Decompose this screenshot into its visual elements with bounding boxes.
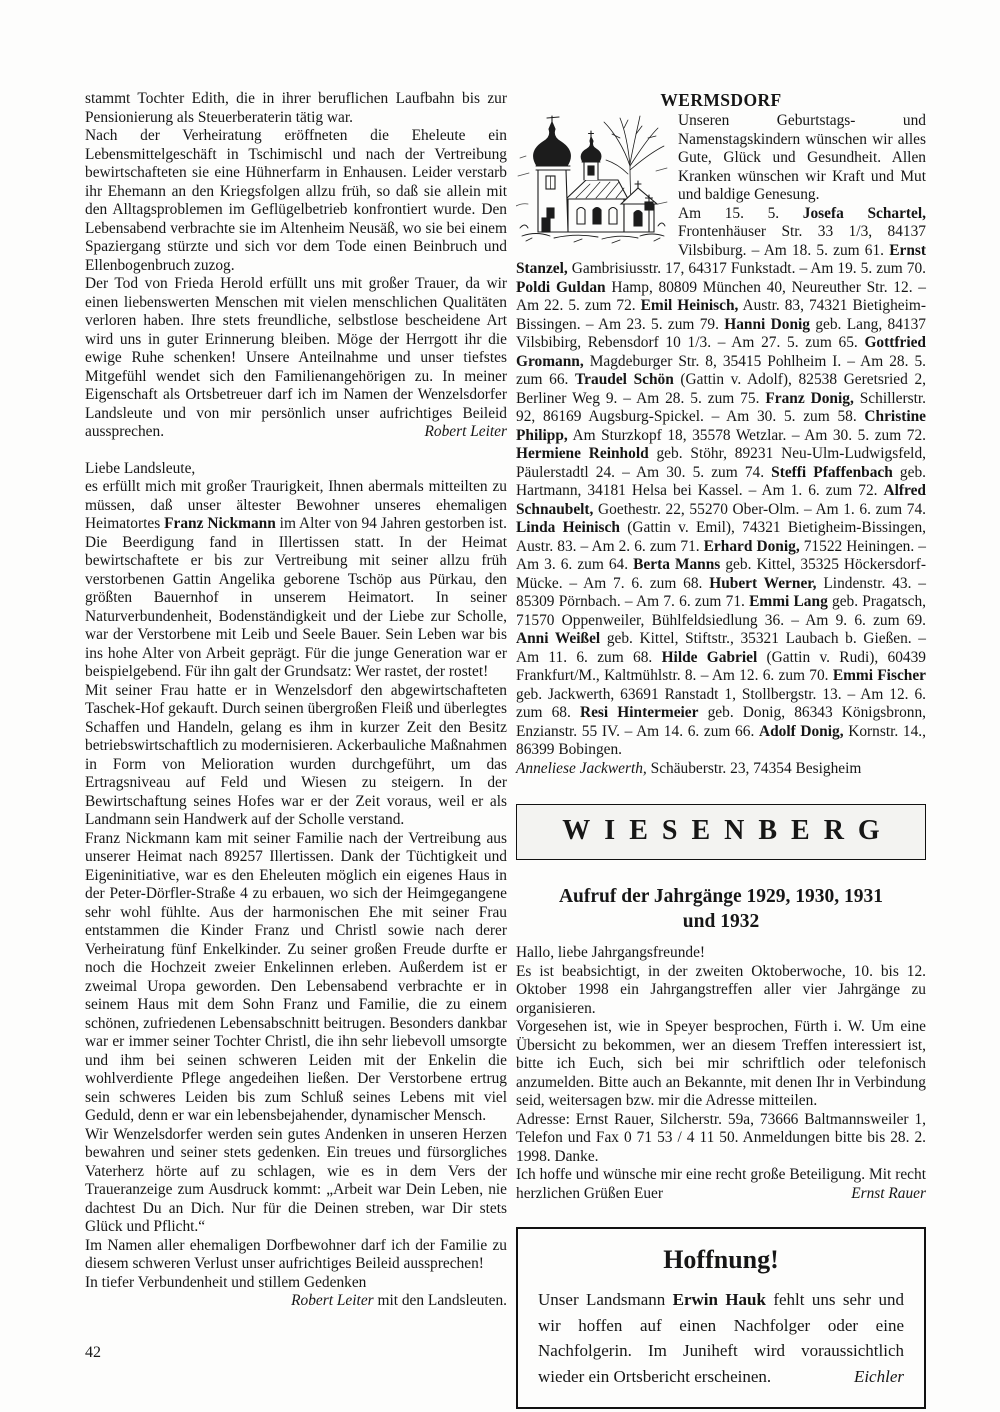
left-column: stammt Tochter Edith, die in ihrer beruf… [85, 90, 507, 1311]
obituary-frieda-paragraph-1: stammt Tochter Edith, die in ihrer beruf… [85, 90, 507, 127]
wiesenberg-paragraph-3: Vorgesehen ist, wie in Speyer besprochen… [516, 1018, 926, 1111]
wiesenberg-paragraph-4: Adresse: Ernst Rauer, Silcherstr. 59a, 7… [516, 1111, 926, 1167]
right-column: WERMSDORF [516, 90, 926, 1409]
wiesenberg-banner-title: WIESENBERG [517, 816, 925, 846]
obituary-franz-paragraph-5: Im Namen aller ehemaligen Dorfbewohner d… [85, 1237, 507, 1274]
obituary-franz-closing: In tiefer Verbundenheit und stillem Gede… [85, 1274, 507, 1293]
obituary-franz-paragraph-3: Franz Nickmann kam mit seiner Familie na… [85, 830, 507, 1126]
section-banner-wiesenberg: WIESENBERG [516, 804, 926, 860]
obituary-franz-paragraph-1: es erfüllt mich mit großer Traurigkeit, … [85, 478, 507, 682]
page-number: 42 [85, 1344, 101, 1362]
wiesenberg-call-heading: Aufruf der Jahrgänge 1929, 1930, 1931 un… [516, 884, 926, 934]
wiesenberg-paragraph-2: Es ist beabsichtigt, in der zweiten Okto… [516, 963, 926, 1019]
wermsdorf-contact-line: Anneliese Jackwerth, Schäuberstr. 23, 74… [516, 760, 926, 779]
church-illustration-icon [516, 114, 668, 246]
obituary-franz-paragraph-2: Mit seiner Frau hatte er in Wenzelsdorf … [85, 682, 507, 830]
obituary-frieda-paragraph-3: Der Tod von Frieda Herold erfüllt uns mi… [85, 275, 507, 442]
newsletter-page: stammt Tochter Edith, die in ihrer beruf… [0, 0, 1000, 1412]
obituary-frieda-paragraph-2: Nach der Verheiratung eröffneten die Ehe… [85, 127, 507, 275]
wiesenberg-call-heading-line1: Aufruf der Jahrgänge 1929, 1930, 1931 [516, 884, 926, 909]
wermsdorf-birthday-list: Am 15. 5. Josefa Schartel, Frontenhäuser… [516, 205, 926, 760]
section-title-wermsdorf: WERMSDORF [516, 90, 926, 110]
hoffnung-title: Hoffnung! [538, 1245, 904, 1275]
hoffnung-notice-box: Hoffnung! Unser Landsmann Erwin Hauk feh… [516, 1227, 926, 1409]
obituary-franz-paragraph-4: Wir Wenzelsdorfer werden sein gutes Ande… [85, 1126, 507, 1237]
wiesenberg-call-heading-line2: und 1932 [516, 909, 926, 934]
wiesenberg-paragraph-1: Hallo, liebe Jahrgangsfreunde! [516, 944, 926, 963]
paragraph-spacer [85, 442, 507, 460]
obituary-franz-signature: Robert Leiter mit den Landsleuten. [85, 1292, 507, 1311]
obituary-franz-salutation: Liebe Landsleute, [85, 460, 507, 479]
